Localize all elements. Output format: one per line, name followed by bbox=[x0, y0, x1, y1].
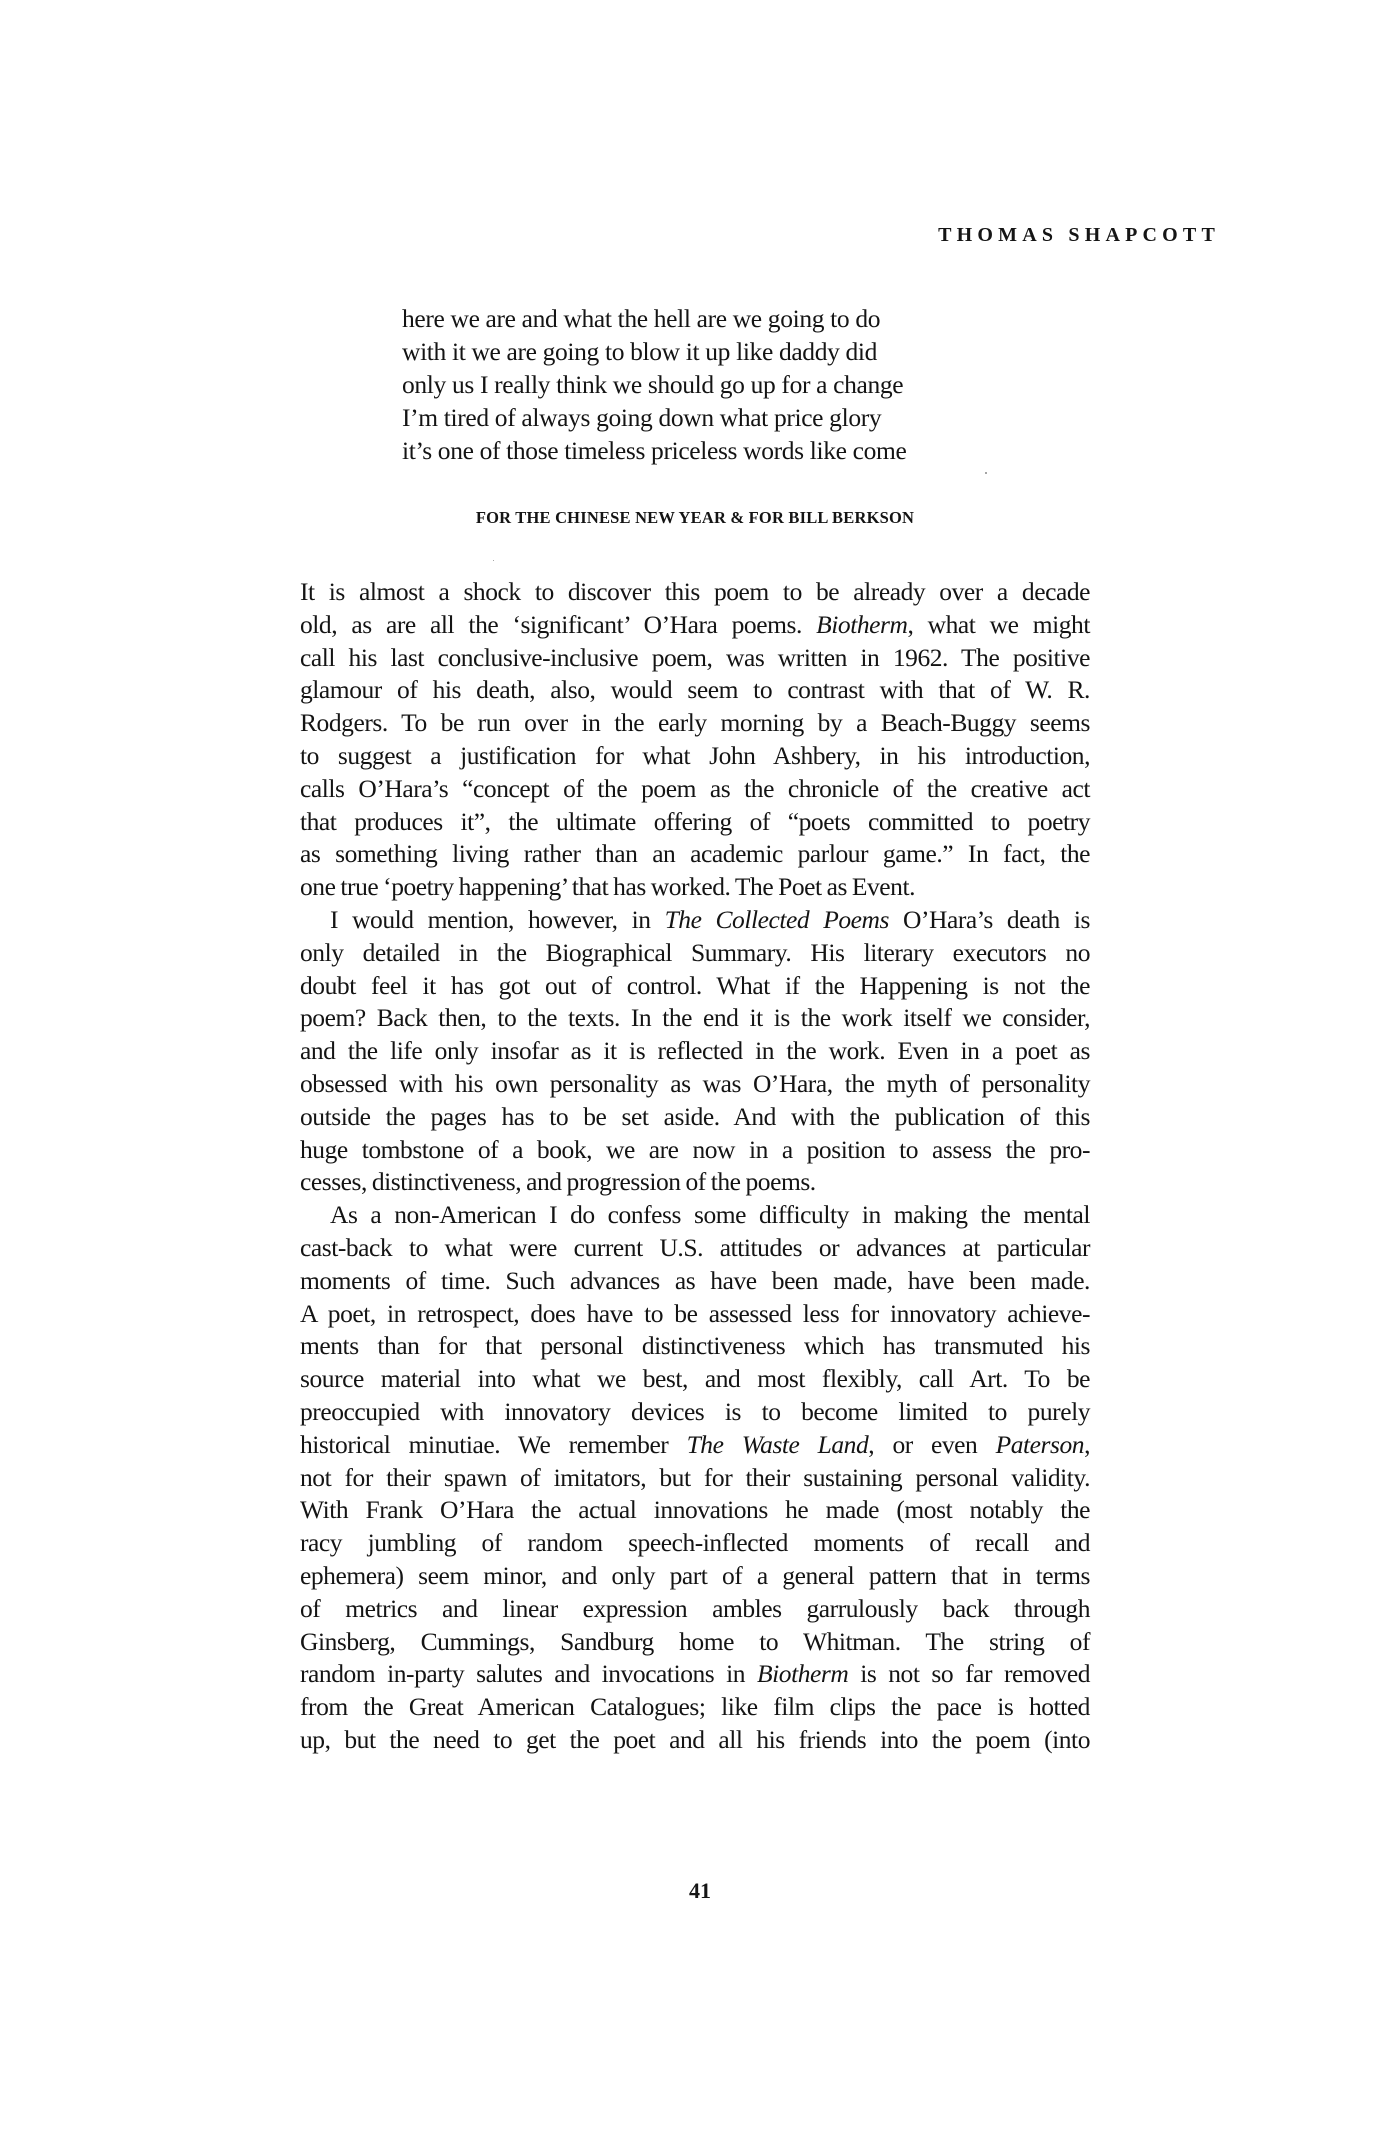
text-segment: to suggest a justification for what John… bbox=[300, 741, 1090, 770]
scan-speck bbox=[985, 472, 987, 474]
body-line: calls O’Hara’s “concept of the poem as t… bbox=[300, 773, 1090, 806]
text-segment: , bbox=[1084, 1430, 1090, 1459]
text-segment: old, as are all the ‘significant’ O’Hara… bbox=[300, 610, 816, 639]
text-segment: cesses, distinctiveness, and progression… bbox=[300, 1167, 816, 1196]
text-segment: racy jumbling of random speech-inflected… bbox=[300, 1528, 1090, 1557]
text-segment: calls O’Hara’s “concept of the poem as t… bbox=[300, 774, 1090, 803]
poem-excerpt: here we are and what the hell are we goi… bbox=[402, 302, 1042, 467]
body-line: With Frank O’Hara the actual innovations… bbox=[300, 1494, 1090, 1527]
body-line: Rodgers. To be run over in the early mor… bbox=[300, 707, 1090, 740]
text-segment: call his last conclusive-inclusive poem,… bbox=[300, 643, 1090, 672]
text-segment: outside the pages has to be set aside. A… bbox=[300, 1102, 1090, 1131]
text-segment: obsessed with his own personality as was… bbox=[300, 1069, 1090, 1098]
text-segment: huge tombstone of a book, we are now in … bbox=[300, 1135, 1090, 1164]
running-head-author: THOMAS SHAPCOTT bbox=[880, 224, 1220, 247]
scan-speck bbox=[493, 560, 494, 561]
text-segment: preoccupied with innovatory devices is t… bbox=[300, 1397, 1090, 1426]
text-segment: As a non-American I do confess some diff… bbox=[330, 1200, 1090, 1229]
body-line: only detailed in the Biographical Summar… bbox=[300, 937, 1090, 970]
body-line: moments of time. Such advances as have b… bbox=[300, 1265, 1090, 1298]
body-line: ephemera) seem minor, and only part of a… bbox=[300, 1560, 1090, 1593]
text-segment: Rodgers. To be run over in the early mor… bbox=[300, 708, 1090, 737]
text-segment: up, but the need to get the poet and all… bbox=[300, 1725, 1090, 1754]
text-segment: from the Great American Catalogues; like… bbox=[300, 1692, 1090, 1721]
body-line: random in-party salutes and invocations … bbox=[300, 1658, 1090, 1691]
text-segment: It is almost a shock to discover this po… bbox=[300, 577, 1090, 606]
body-line: As a non-American I do confess some diff… bbox=[300, 1199, 1090, 1232]
text-segment: moments of time. Such advances as have b… bbox=[300, 1266, 1090, 1295]
body-line: I would mention, however, in The Collect… bbox=[300, 904, 1090, 937]
text-segment: only detailed in the Biographical Summar… bbox=[300, 938, 1090, 967]
text-segment: cast-back to what were current U.S. atti… bbox=[300, 1233, 1090, 1262]
document-page: THOMAS SHAPCOTT here we are and what the… bbox=[0, 0, 1400, 2154]
text-segment: O’Hara’s death is bbox=[889, 905, 1090, 934]
poem-line: it’s one of those timeless priceless wor… bbox=[402, 434, 1042, 467]
italic-title: Biotherm bbox=[816, 610, 907, 639]
text-segment: ephemera) seem minor, and only part of a… bbox=[300, 1561, 1090, 1590]
text-segment: With Frank O’Hara the actual innovations… bbox=[300, 1495, 1090, 1524]
body-line: old, as are all the ‘significant’ O’Hara… bbox=[300, 609, 1090, 642]
text-segment: poem? Back then, to the texts. In the en… bbox=[300, 1003, 1090, 1032]
body-line: call his last conclusive-inclusive poem,… bbox=[300, 642, 1090, 675]
body-line: of metrics and linear expression ambles … bbox=[300, 1593, 1090, 1626]
text-segment: source material into what we best, and m… bbox=[300, 1364, 1090, 1393]
text-segment: historical minutiae. We remember bbox=[300, 1430, 687, 1459]
text-segment: A poet, in retrospect, does have to be a… bbox=[300, 1299, 1090, 1328]
text-segment: as something living rather than an acade… bbox=[300, 839, 1090, 868]
italic-title: The Collected Poems bbox=[665, 905, 889, 934]
body-line: one true ‘poetry happening’ that has wor… bbox=[300, 871, 1090, 904]
text-segment: , or even bbox=[868, 1430, 995, 1459]
body-line: Ginsberg, Cummings, Sandburg home to Whi… bbox=[300, 1626, 1090, 1659]
text-segment: glamour of his death, also, would seem t… bbox=[300, 675, 1090, 704]
italic-title: Biotherm bbox=[757, 1659, 848, 1688]
poem-title-caption: FOR THE CHINESE NEW YEAR & FOR BILL BERK… bbox=[300, 508, 1090, 528]
body-line: cast-back to what were current U.S. atti… bbox=[300, 1232, 1090, 1265]
body-line: ments than for that personal distinctive… bbox=[300, 1330, 1090, 1363]
body-line: racy jumbling of random speech-inflected… bbox=[300, 1527, 1090, 1560]
body-line: cesses, distinctiveness, and progression… bbox=[300, 1166, 1090, 1199]
body-line: source material into what we best, and m… bbox=[300, 1363, 1090, 1396]
body-line: historical minutiae. We remember The Was… bbox=[300, 1429, 1090, 1462]
body-line: huge tombstone of a book, we are now in … bbox=[300, 1134, 1090, 1167]
body-line: as something living rather than an acade… bbox=[300, 838, 1090, 871]
body-line: preoccupied with innovatory devices is t… bbox=[300, 1396, 1090, 1429]
text-segment: ments than for that personal distinctive… bbox=[300, 1331, 1090, 1360]
body-line: to suggest a justification for what John… bbox=[300, 740, 1090, 773]
text-segment: not for their spawn of imitators, but fo… bbox=[300, 1463, 1090, 1492]
body-line: glamour of his death, also, would seem t… bbox=[300, 674, 1090, 707]
body-line: doubt feel it has got out of control. Wh… bbox=[300, 970, 1090, 1003]
text-segment: Ginsberg, Cummings, Sandburg home to Whi… bbox=[300, 1627, 1090, 1656]
text-segment: is not so far removed bbox=[848, 1659, 1090, 1688]
text-segment: doubt feel it has got out of control. Wh… bbox=[300, 971, 1090, 1000]
italic-title: Paterson bbox=[996, 1430, 1084, 1459]
body-line: obsessed with his own personality as was… bbox=[300, 1068, 1090, 1101]
poem-line: with it we are going to blow it up like … bbox=[402, 335, 1042, 368]
text-segment: and the life only insofar as it is refle… bbox=[300, 1036, 1090, 1065]
body-line: not for their spawn of imitators, but fo… bbox=[300, 1462, 1090, 1495]
body-line: up, but the need to get the poet and all… bbox=[300, 1724, 1090, 1757]
text-segment: , what we might bbox=[907, 610, 1090, 639]
poem-line: here we are and what the hell are we goi… bbox=[402, 302, 1042, 335]
text-segment: of metrics and linear expression ambles … bbox=[300, 1594, 1090, 1623]
text-segment: random in-party salutes and invocations … bbox=[300, 1659, 757, 1688]
body-line: A poet, in retrospect, does have to be a… bbox=[300, 1298, 1090, 1331]
body-line: that produces it”, the ultimate offering… bbox=[300, 806, 1090, 839]
page-number: 41 bbox=[650, 1878, 750, 1904]
text-segment: one true ‘poetry happening’ that has wor… bbox=[300, 872, 915, 901]
body-line: poem? Back then, to the texts. In the en… bbox=[300, 1002, 1090, 1035]
italic-title: The Waste Land bbox=[687, 1430, 869, 1459]
text-segment: that produces it”, the ultimate offering… bbox=[300, 807, 1090, 836]
essay-body: It is almost a shock to discover this po… bbox=[300, 576, 1090, 1757]
poem-line: only us I really think we should go up f… bbox=[402, 368, 1042, 401]
poem-line: I’m tired of always going down what pric… bbox=[402, 401, 1042, 434]
text-segment: I would mention, however, in bbox=[330, 905, 665, 934]
body-line: outside the pages has to be set aside. A… bbox=[300, 1101, 1090, 1134]
body-line: and the life only insofar as it is refle… bbox=[300, 1035, 1090, 1068]
body-line: It is almost a shock to discover this po… bbox=[300, 576, 1090, 609]
body-line: from the Great American Catalogues; like… bbox=[300, 1691, 1090, 1724]
